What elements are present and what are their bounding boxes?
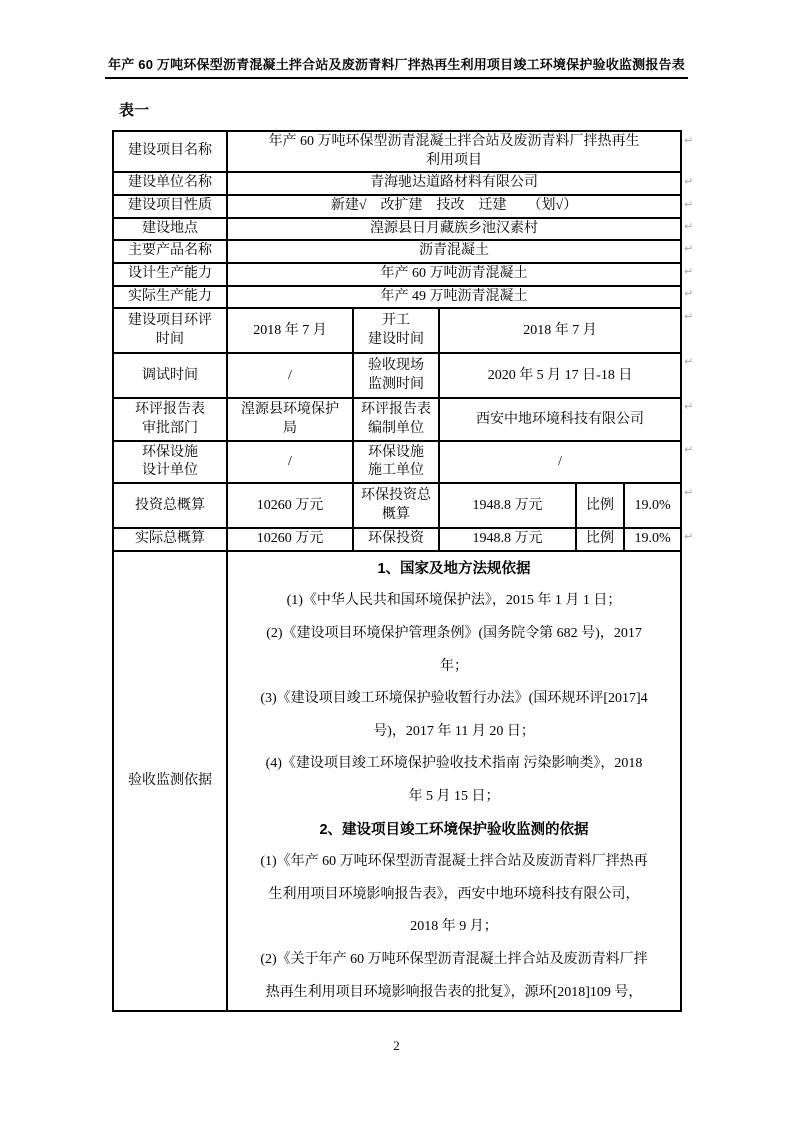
cell-ep-budget-value: 1948.8 万元 <box>439 483 576 528</box>
cell-design-capacity-value: 年产 60 万吨沥青混凝土 <box>227 263 681 286</box>
deps-section2-body: (1)《年产 60 万吨环保型沥青混凝土拌合站及废沥青料厂拌热再 生利用项目环境… <box>230 846 678 1009</box>
paragraph-mark: ↵ <box>684 444 693 455</box>
table-row: 调试时间 / 验收现场 监测时间 2020 年 5 月 17 日-18 日 <box>113 353 681 398</box>
table-row: 建设项目性质 新建√ 改扩建 技改 迁建 （划√） <box>113 195 681 218</box>
cell-design-capacity-label: 设计生产能力 <box>113 263 227 286</box>
cell-project-name-value: 年产 60 万吨环保型沥青混凝土拌合站及废沥青料厂拌热再生 利用项目 <box>227 131 681 172</box>
table-row: 实际生产能力 年产 49 万吨沥青混凝土 <box>113 286 681 308</box>
document-page: 年产 60 万吨环保型沥青混凝土拌合站及废沥青料厂拌热再生利用项目竣工环境保护验… <box>0 0 793 1122</box>
table-row: 验收监测依据 1、国家及地方法规依据 (1)《中华人民共和国环境保护法》，201… <box>113 551 681 1011</box>
cell-actual-budget-value: 10260 万元 <box>227 528 353 550</box>
cell-start-time-label: 开工 建设时间 <box>353 308 439 353</box>
cell-ep-construct-value: / <box>439 441 681 483</box>
cell-project-name-label: 建设项目名称 <box>113 131 227 172</box>
cell-product-value: 沥青混凝土 <box>227 240 681 262</box>
cell-ratio-value: 19.0% <box>624 528 681 550</box>
cell-ratio-label: 比例 <box>576 528 624 550</box>
paragraph-mark: ↵ <box>684 199 693 210</box>
cell-monitor-time-label: 验收现场 监测时间 <box>353 353 439 398</box>
cell-debug-time-value: / <box>227 353 353 398</box>
cell-ratio-value: 19.0% <box>624 483 681 528</box>
cell-ep-construct-label: 环保设施 施工单位 <box>353 441 439 483</box>
cell-eia-approval-value: 湟源县环境保护 局 <box>227 398 353 441</box>
paragraph-mark: ↵ <box>684 311 693 322</box>
cell-company-value: 青海驰达道路材料有限公司 <box>227 172 681 195</box>
cell-deps-label: 验收监测依据 <box>113 551 227 1011</box>
paragraph-mark: ↵ <box>684 221 693 232</box>
cell-budget-value: 10260 万元 <box>227 483 353 528</box>
cell-eia-approval-label: 环评报告表 审批部门 <box>113 398 227 441</box>
cell-ep-design-value: / <box>227 441 353 483</box>
paragraph-mark: ↵ <box>684 176 693 187</box>
cell-company-label: 建设单位名称 <box>113 172 227 195</box>
table-row: 建设项目环评 时间 2018 年 7 月 开工 建设时间 2018 年 7 月 <box>113 308 681 353</box>
cell-actual-capacity-value: 年产 49 万吨沥青混凝土 <box>227 286 681 308</box>
paragraph-mark: ↵ <box>684 356 693 367</box>
paragraph-mark: ↵ <box>684 401 693 412</box>
cell-product-label: 主要产品名称 <box>113 240 227 262</box>
cell-start-time-value: 2018 年 7 月 <box>439 308 681 353</box>
cell-actual-capacity-label: 实际生产能力 <box>113 286 227 308</box>
cell-ratio-label: 比例 <box>576 483 624 528</box>
cell-eia-compiler-value: 西安中地环境科技有限公司 <box>439 398 681 441</box>
paragraph-mark: ↵ <box>674 66 682 76</box>
table-row: 建设单位名称 青海驰达道路材料有限公司 <box>113 172 681 195</box>
table-row: 设计生产能力 年产 60 万吨沥青混凝土 <box>113 263 681 286</box>
table-row: 环保设施 设计单位 / 环保设施 施工单位 / <box>113 441 681 483</box>
table-row: 投资总概算 10260 万元 环保投资总 概算 1948.8 万元 比例 19.… <box>113 483 681 528</box>
cell-location-value: 湟源县日月藏族乡池汉素村 <box>227 218 681 240</box>
table-row: 实际总概算 10260 万元 环保投资 1948.8 万元 比例 19.0% <box>113 528 681 550</box>
report-table: 建设项目名称 年产 60 万吨环保型沥青混凝土拌合站及废沥青料厂拌热再生 利用项… <box>112 130 682 1012</box>
cell-ep-budget-label: 环保投资总 概算 <box>353 483 439 528</box>
page-number: 2 <box>0 1038 793 1054</box>
cell-nature-value: 新建√ 改扩建 技改 迁建 （划√） <box>227 195 681 218</box>
cell-ep-invest-value: 1948.8 万元 <box>439 528 576 550</box>
table-row: 建设地点 湟源县日月藏族乡池汉素村 <box>113 218 681 240</box>
cell-deps-content: 1、国家及地方法规依据 (1)《中华人民共和国环境保护法》，2015 年 1 月… <box>227 551 681 1011</box>
paragraph-mark: ↵ <box>684 135 693 146</box>
cell-eia-compiler-label: 环评报告表 编制单位 <box>353 398 439 441</box>
paragraph-mark: ↵ <box>684 243 693 254</box>
table-row: 环评报告表 审批部门 湟源县环境保护 局 环评报告表 编制单位 西安中地环境科技… <box>113 398 681 441</box>
document-title: 年产 60 万吨环保型沥青混凝土拌合站及废沥青料厂拌热再生利用项目竣工环境保护验… <box>105 54 688 79</box>
table-caption: 表一 <box>119 99 149 120</box>
deps-section1-heading: 1、国家及地方法规依据 <box>230 553 678 586</box>
cell-monitor-time-value: 2020 年 5 月 17 日-18 日 <box>439 353 681 398</box>
cell-eia-time-value: 2018 年 7 月 <box>227 308 353 353</box>
cell-nature-label: 建设项目性质 <box>113 195 227 218</box>
cell-ep-invest-label: 环保投资 <box>353 528 439 550</box>
cell-eia-time-label: 建设项目环评 时间 <box>113 308 227 353</box>
deps-section2-heading: 2、建设项目竣工环境保护验收监测的依据 <box>230 814 678 847</box>
cell-budget-label: 投资总概算 <box>113 483 227 528</box>
paragraph-mark: ↵ <box>684 487 693 498</box>
deps-section1-body: (1)《中华人民共和国环境保护法》，2015 年 1 月 1 日； (2)《建设… <box>230 585 678 813</box>
cell-ep-design-label: 环保设施 设计单位 <box>113 441 227 483</box>
paragraph-mark: ↵ <box>684 266 693 277</box>
cell-location-label: 建设地点 <box>113 218 227 240</box>
cell-debug-time-label: 调试时间 <box>113 353 227 398</box>
paragraph-mark: ↵ <box>684 531 693 542</box>
table-row: 主要产品名称 沥青混凝土 <box>113 240 681 262</box>
cell-actual-budget-label: 实际总概算 <box>113 528 227 550</box>
table-row: 建设项目名称 年产 60 万吨环保型沥青混凝土拌合站及废沥青料厂拌热再生 利用项… <box>113 131 681 172</box>
paragraph-mark: ↵ <box>684 288 693 299</box>
